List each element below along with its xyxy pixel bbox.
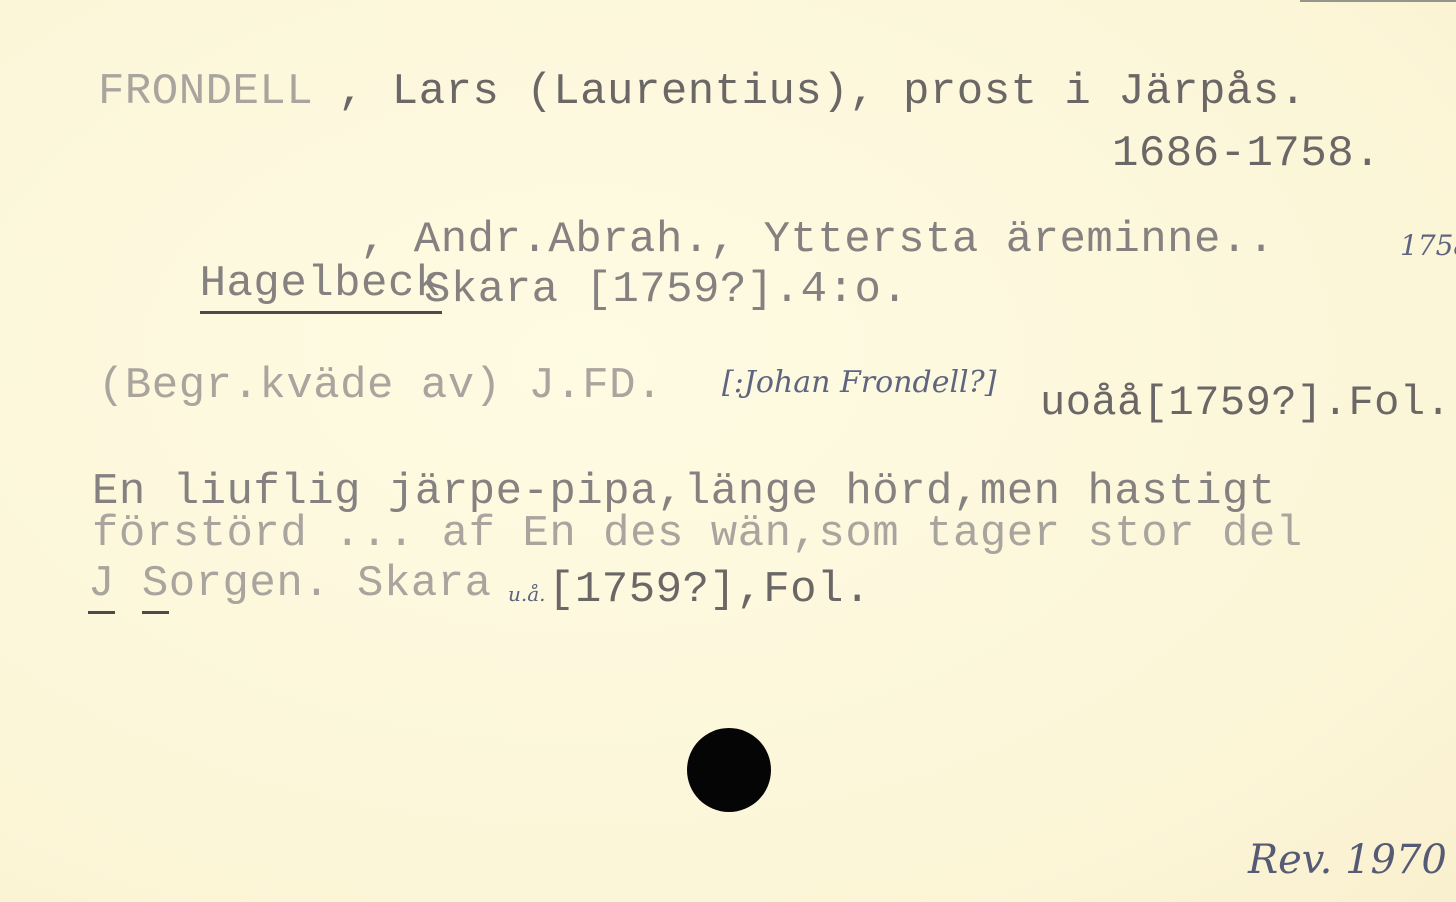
- entry2-handwritten-attribution: [:Johan Frondell?]: [722, 368, 996, 398]
- heading-surname: FRONDELL: [98, 70, 313, 114]
- entry3-handwritten-ua: u.å.: [508, 584, 546, 604]
- entry3-underlined-j: J: [88, 559, 115, 614]
- card-edge: [1300, 0, 1456, 2]
- entry3-line2: förstörd ... af En des wän,som tager sto…: [92, 512, 1303, 556]
- entry1-handwritten-year: 1758.: [1400, 232, 1456, 260]
- entry1-author-name: Hagelbeck: [200, 259, 442, 314]
- punch-hole: [687, 728, 771, 812]
- entry2-suffix: uoåå[1759?].Fol.: [1040, 382, 1451, 424]
- entry2-prefix: (Begr.kväde av) J.FD.: [98, 364, 663, 408]
- entry1-line1: , Andr.Abrah., Yttersta äreminne..: [360, 218, 1275, 262]
- heading-life-dates: 1686-1758.: [1112, 132, 1381, 176]
- entry3-line3-rest: orgen. Skara: [169, 559, 492, 609]
- catalog-card: FRONDELL , Lars (Laurentius), prost i Jä…: [0, 0, 1456, 902]
- entry3-underlined-s: S: [142, 559, 169, 614]
- heading-rest: , Lars (Laurentius), prost i Järpås.: [338, 70, 1307, 114]
- entry1-line2: Skara [1759?].4:o.: [424, 268, 908, 312]
- entry3-line3-end: [1759?],Fol.: [548, 568, 871, 612]
- revision-note: Rev. 1970: [1248, 840, 1447, 880]
- entry3-line3: J Sorgen. Skara: [88, 562, 492, 606]
- entry3-line1: En liuflig järpe-pipa,länge hörd,men has…: [92, 470, 1276, 514]
